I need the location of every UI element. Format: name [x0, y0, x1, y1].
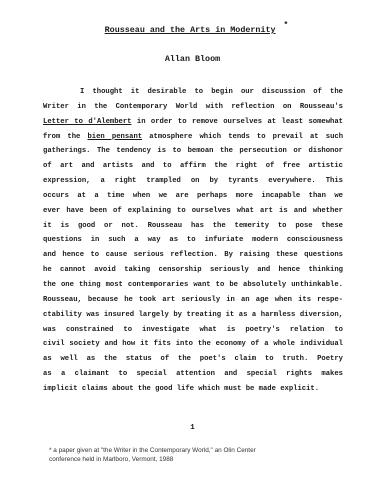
text-line: Writer in the Contemporary World with re… [43, 100, 343, 115]
footnote: * a paper given at "the Writer in the Co… [49, 446, 309, 464]
text-segment: I thought it desirable to begin our disc… [80, 88, 343, 96]
text-line: I thought it desirable to begin our disc… [43, 85, 343, 100]
text-segment: expression, a right trampled on by tyran… [43, 177, 343, 185]
text-line: questions in such a way as to infuriate … [43, 233, 343, 248]
text-segment: atmosphere which tends to prevail at suc… [142, 133, 343, 141]
text-line: civil society and how it fits into the e… [43, 337, 343, 352]
text-segment: he cannot avoid taking censorship seriou… [43, 266, 343, 274]
text-segment: and hence to cause serious reflection. B… [43, 251, 343, 259]
text-segment: civil society and how it fits into the e… [43, 340, 343, 348]
text-line: gatherings. The tendency is to bemoan th… [43, 144, 343, 159]
document-title: Rousseau and the Arts in Modernity* [0, 25, 385, 35]
text-line: occurs at a time when we are perhaps mor… [43, 189, 343, 204]
body-paragraph: I thought it desirable to begin our disc… [43, 85, 343, 397]
text-line: Letter to d'Alembert in order to remove … [43, 115, 343, 130]
text-line: of art and artists and to affirm the rig… [43, 159, 343, 174]
text-segment: gatherings. The tendency is to bemoan th… [43, 147, 343, 155]
text-line: he cannot avoid taking censorship seriou… [43, 263, 343, 278]
text-segment: from the [43, 133, 87, 141]
text-segment: Rousseau, because he took art seriously … [43, 296, 343, 304]
text-line: ctability was insured largely by treatin… [43, 308, 343, 323]
text-segment: Writer in the Contemporary World with re… [43, 103, 343, 111]
footnote-line-1: * a paper given at "the Writer in the Co… [49, 446, 309, 455]
text-segment: as a claimant to special attention and s… [43, 370, 343, 378]
text-segment: implicit claims about the good life whic… [43, 385, 319, 393]
text-line: the one thing most contemporaries want t… [43, 278, 343, 293]
text-segment: ctability was insured largely by treatin… [43, 311, 343, 319]
text-segment: in order to remove ourselves at least so… [131, 118, 343, 126]
author-name: Allan Bloom [0, 54, 385, 64]
text-segment: ever have been of explaining to ourselve… [43, 207, 343, 215]
underlined-title: bien pensant [87, 133, 142, 141]
text-segment: questions in such a way as to infuriate … [43, 236, 343, 244]
text-segment: of art and artists and to affirm the rig… [43, 162, 343, 170]
footnote-marker: * [284, 21, 289, 30]
underlined-title: Letter to d'Alembert [43, 118, 131, 126]
text-segment: as well as the status of the poet's clai… [43, 355, 343, 363]
document-page: Rousseau and the Arts in Modernity* Alla… [0, 0, 385, 500]
text-line: as a claimant to special attention and s… [43, 367, 343, 382]
text-line: was constrained to investigate what is p… [43, 323, 343, 338]
text-segment: was constrained to investigate what is p… [43, 326, 343, 334]
text-line: from the bien pensant atmosphere which t… [43, 130, 343, 145]
text-line: as well as the status of the poet's clai… [43, 352, 343, 367]
text-segment: it is good or not. Rousseau has the teme… [43, 222, 343, 230]
text-line: implicit claims about the good life whic… [43, 382, 343, 397]
text-line: ever have been of explaining to ourselve… [43, 204, 343, 219]
text-line: expression, a right trampled on by tyran… [43, 174, 343, 189]
text-segment: occurs at a time when we are perhaps mor… [43, 192, 343, 200]
footnote-line-2: conference held in Marlboro, Vermont, 19… [49, 455, 309, 464]
text-line: it is good or not. Rousseau has the teme… [43, 219, 343, 234]
text-segment: the one thing most contemporaries want t… [43, 281, 343, 289]
text-line: Rousseau, because he took art seriously … [43, 293, 343, 308]
text-line: and hence to cause serious reflection. B… [43, 248, 343, 263]
page-number: 1 [0, 424, 385, 432]
title-text: Rousseau and the Arts in Modernity [105, 25, 276, 35]
